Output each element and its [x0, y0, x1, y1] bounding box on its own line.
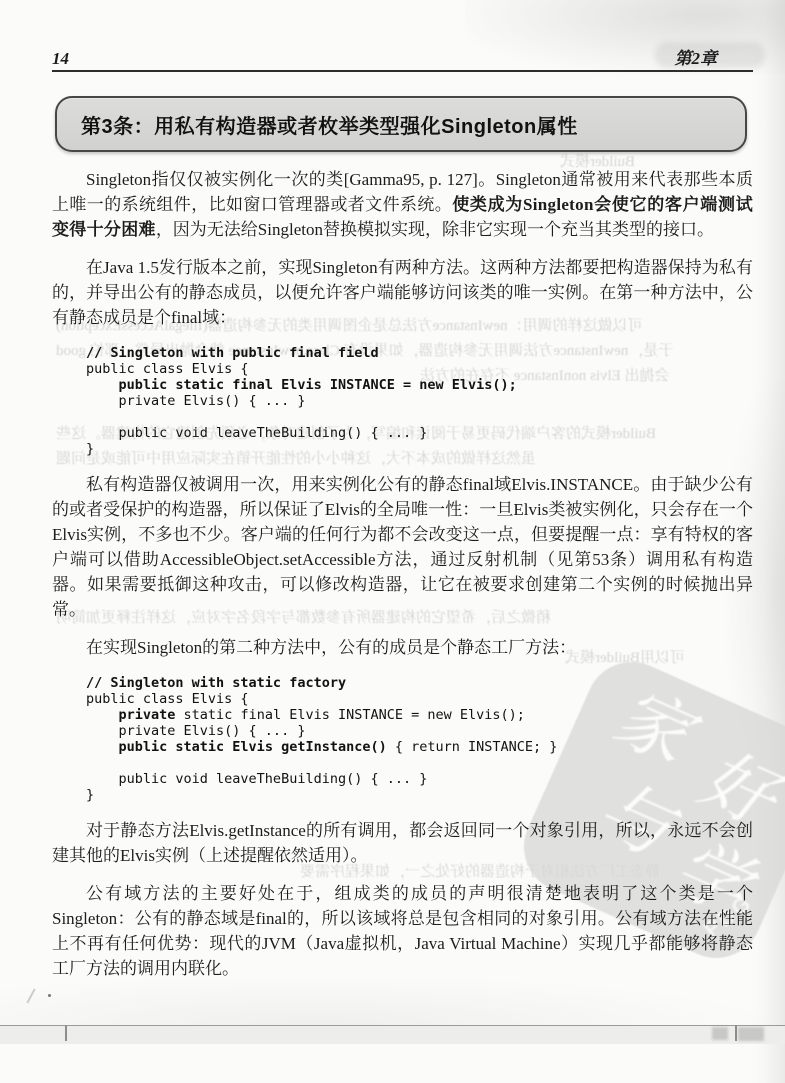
- body-paragraph: 公有域方法的主要好处在于，组成类的成员的声明很清楚地表明了这个类是一个Singl…: [52, 881, 753, 981]
- pencil-dot: [48, 994, 51, 997]
- header-rule: [52, 70, 753, 72]
- body-paragraph: 在Java 1.5发行版本之前，实现Singleton有两种方法。这两种方法都要…: [52, 255, 753, 330]
- running-header: 14 第2章: [52, 44, 753, 69]
- bottom-edge-band: [0, 1025, 785, 1044]
- chapter-label: 第2章: [675, 44, 754, 69]
- scan-smudge: [712, 1027, 728, 1040]
- body-paragraph: 私有构造器仅被调用一次，用来实例化公有的静态final域Elvis.INSTAN…: [52, 472, 753, 622]
- scanned-book-page: 14 第2章 第3条：用私有构造器或者枚举类型强化Singleton属性 个Bu…: [0, 0, 785, 1083]
- page-body: Singleton指仅仅被实例化一次的类[Gamma95, p. 127]。Si…: [52, 167, 753, 994]
- body-paragraph: 对于静态方法Elvis.getInstance的所有调用，都会返回同一个对象引用…: [52, 818, 753, 868]
- body-paragraph: Singleton指仅仅被实例化一次的类[Gamma95, p. 127]。Si…: [52, 167, 753, 242]
- code-block-public-final-field: // Singleton with public final fieldpubl…: [86, 345, 753, 457]
- page-number: 14: [52, 49, 69, 69]
- code-block-static-factory: // Singleton with static factorypublic c…: [86, 675, 753, 803]
- body-paragraph: 在实现Singleton的第二种方法中，公有的成员是个静态工厂方法：: [52, 635, 753, 660]
- item-title-box: 第3条：用私有构造器或者枚举类型强化Singleton属性: [55, 96, 747, 152]
- item-title: 第3条：用私有构造器或者枚举类型强化Singleton属性: [57, 110, 578, 139]
- edge-tick: [735, 1025, 737, 1041]
- scan-smudge: [738, 1027, 764, 1041]
- edge-tick: [65, 1025, 67, 1041]
